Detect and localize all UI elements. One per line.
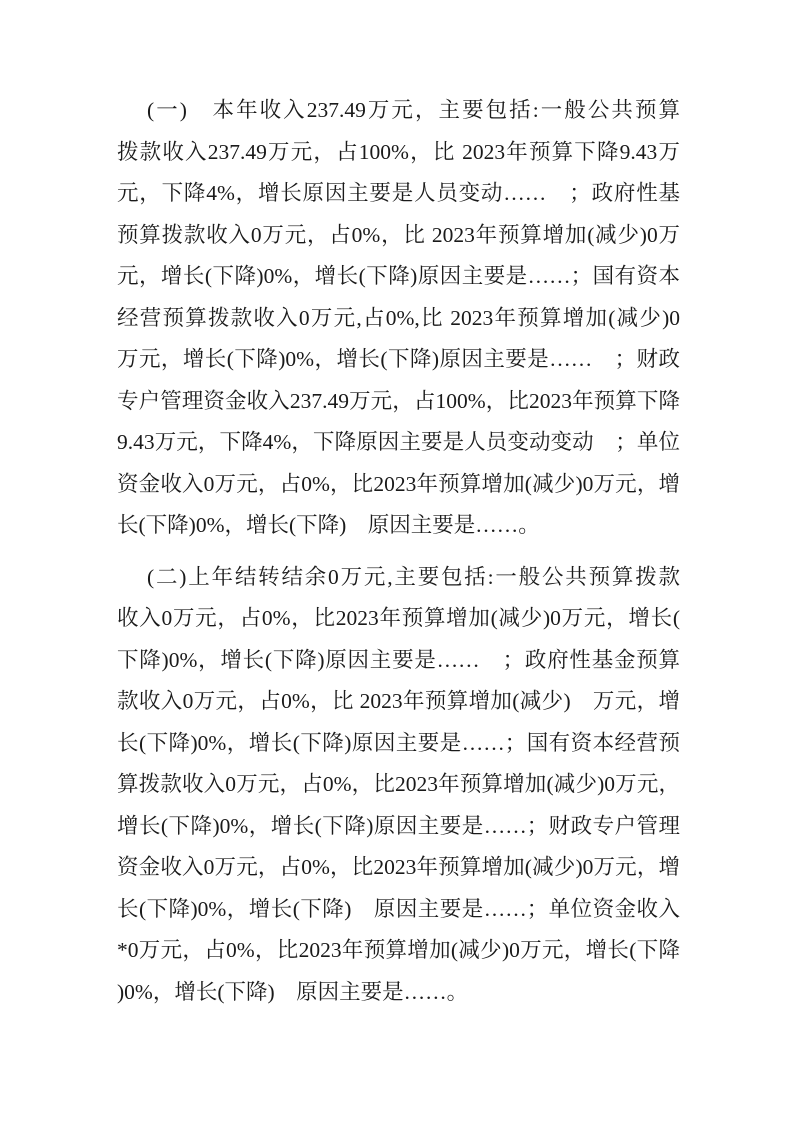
text-line: 元，下降4%，增长原因主要是人员变动…… ；政府性基金 (117, 173, 680, 215)
text-line: 算拨款收入0万元，占0%，比2023年预算增加(减少)0万元， (117, 764, 680, 806)
text-line: (二)上年结转结余0万元,主要包括:一般公共预算拨款 (117, 557, 680, 599)
text-line: 专户管理资金收入237.49万元，占100%，比2023年预算下降 (117, 381, 680, 423)
text-line: 资金收入0万元，占0%，比2023年预算增加(减少)0万元，增 (117, 464, 680, 506)
text-line: 长(下降)0%，增长(下降) 原因主要是……。 (117, 505, 680, 547)
text-line: 万元，增长(下降)0%，增长(下降)原因主要是…… ；财政 (117, 339, 680, 381)
text-line: 经营预算拨款收入0万元,占0%,比 2023年预算增加(减少)0 (117, 298, 680, 340)
paragraph-annual-income: (一) 本年收入237.49万元，主要包括:一般公共预算 拨款收入237.49万… (117, 90, 680, 547)
text-line: 收入0万元，占0%，比2023年预算增加(减少)0万元，增长( (117, 598, 680, 640)
text-line: (一) 本年收入237.49万元，主要包括:一般公共预算 (117, 90, 680, 132)
text-line: 长(下降)0%，增长(下降)原因主要是……；国有资本经营预 (117, 723, 680, 765)
text-line: 元，增长(下降)0%，增长(下降)原因主要是……；国有资本 (117, 256, 680, 298)
text-line: )0%，增长(下降) 原因主要是……。 (117, 972, 680, 1014)
text-line: 增长(下降)0%，增长(下降)原因主要是……；财政专户管理 (117, 806, 680, 848)
text-line: 拨款收入237.49万元，占100%，比 2023年预算下降9.43万 (117, 132, 680, 174)
text-line: 资金收入0万元，占0%，比2023年预算增加(减少)0万元，增 (117, 847, 680, 889)
text-line: 下降)0%，增长(下降)原因主要是…… ；政府性基金预算拨 (117, 640, 680, 682)
text-line: 长(下降)0%，增长(下降) 原因主要是……；单位资金收入 (117, 889, 680, 931)
text-line: 9.43万元，下降4%，下降原因主要是人员变动变动 ；单位 (117, 422, 680, 464)
document-page: (一) 本年收入237.49万元，主要包括:一般公共预算 拨款收入237.49万… (0, 0, 793, 1122)
text-line: 款收入0万元，占0%，比 2023年预算增加(减少) 万元，增 (117, 681, 680, 723)
paragraph-carryover-balance: (二)上年结转结余0万元,主要包括:一般公共预算拨款 收入0万元，占0%，比20… (117, 557, 680, 1014)
text-line: 预算拨款收入0万元，占0%，比 2023年预算增加(减少)0万 (117, 215, 680, 257)
text-line: *0万元，占0%，比2023年预算增加(减少)0万元，增长(下降 (117, 930, 680, 972)
document-body: (一) 本年收入237.49万元，主要包括:一般公共预算 拨款收入237.49万… (117, 90, 680, 1013)
